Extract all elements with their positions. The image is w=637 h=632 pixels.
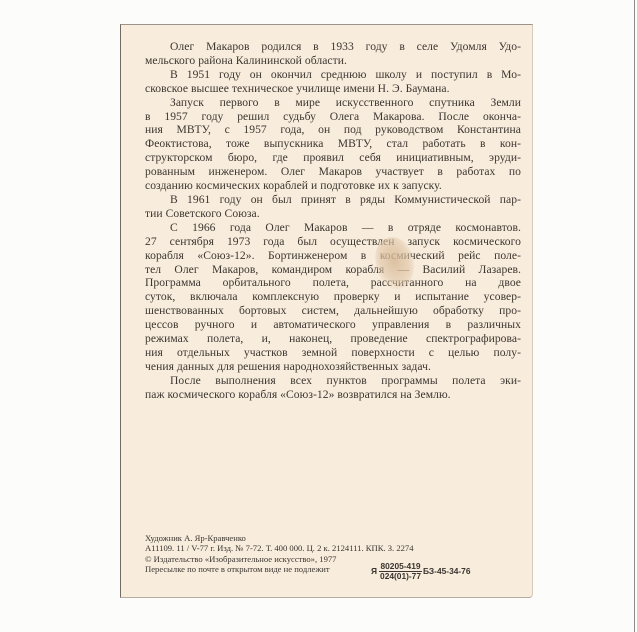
text-line: Запуск первого в мире искусственного спу… [145, 96, 521, 110]
print-info: А11109. 11 / V-77 г. Изд. № 7-72. Т. 400… [145, 543, 525, 553]
text-line: корабля «Союз-12». Бортинженером в косми… [145, 249, 521, 263]
text-line: Программа орбитального полета, рассчитан… [145, 276, 521, 290]
postal-row: Пересылке по почте в открытом виде не по… [145, 564, 525, 574]
text-line: Олег Макаров родился в 1933 году в селе … [145, 40, 521, 54]
text-line: режимах полета, и, наконец, проведение с… [145, 332, 521, 346]
text-line: созданию космических кораблей и подготов… [145, 179, 521, 193]
text-line: В 1951 году он окончил среднюю школу и п… [145, 68, 521, 82]
artist-credit: Художник А. Яр-Кравченко [145, 533, 525, 543]
text-line: шенствованных бортовых систем, дальнейшу… [145, 304, 521, 318]
text-line: Феоктистова, тоже выпускника МВТУ, стал … [145, 137, 521, 151]
text-line: в 1957 году решил судьбу Олега Макарова.… [145, 110, 521, 124]
text-line: ния МВТУ, с 1957 года, он под руководств… [145, 123, 521, 137]
index-suffix: БЗ-45-34-76 [423, 567, 470, 577]
imprint-block: Художник А. Яр-Кравченко А11109. 11 / V-… [145, 533, 525, 574]
text-line: сковское высшее техническое училище имен… [145, 82, 521, 96]
text-line: паж космического корабля «Союз-12» возвр… [145, 388, 521, 402]
postcard-back: Олег Макаров родился в 1933 году в селе … [120, 24, 533, 598]
text-line: С 1966 года Олег Макаров — в отряде косм… [145, 221, 521, 235]
text-line: 27 сентября 1973 года был осуществлен за… [145, 235, 521, 249]
postal-note: Пересылке по почте в открытом виде не по… [145, 564, 330, 574]
text-line: В 1961 году он был принят в ряды Коммуни… [145, 193, 521, 207]
text-line: После выполнения всех пунктов программы … [145, 374, 521, 388]
index-prefix: Я [371, 567, 377, 577]
text-line: тии Советского Союза. [145, 207, 521, 221]
index-denominator: 024(01)-77 [379, 572, 422, 582]
text-line: чения данных для решения народнохозяйств… [145, 360, 521, 374]
biography-text: Олег Макаров родился в 1933 году в селе … [145, 40, 521, 402]
catalog-index: Я 80205-419 024(01)-77 БЗ-45-34-76 [371, 562, 471, 582]
text-line: суток, включала комплексную проверку и и… [145, 290, 521, 304]
text-line: рованным инженером. Олег Макаров участву… [145, 165, 521, 179]
scanned-page: Олег Макаров родился в 1933 году в селе … [0, 0, 637, 632]
text-line: цессов ручного и автоматического управле… [145, 318, 521, 332]
index-fraction: 80205-419 024(01)-77 [379, 562, 422, 582]
text-line: тел Олег Макаров, командиром корабля — В… [145, 263, 521, 277]
scan-edge-line [634, 0, 635, 632]
text-line: мельского района Калининской области. [145, 54, 521, 68]
text-line: структорском бюро, где проявил себя иниц… [145, 151, 521, 165]
text-line: ния отдельных участков земной поверхност… [145, 346, 521, 360]
